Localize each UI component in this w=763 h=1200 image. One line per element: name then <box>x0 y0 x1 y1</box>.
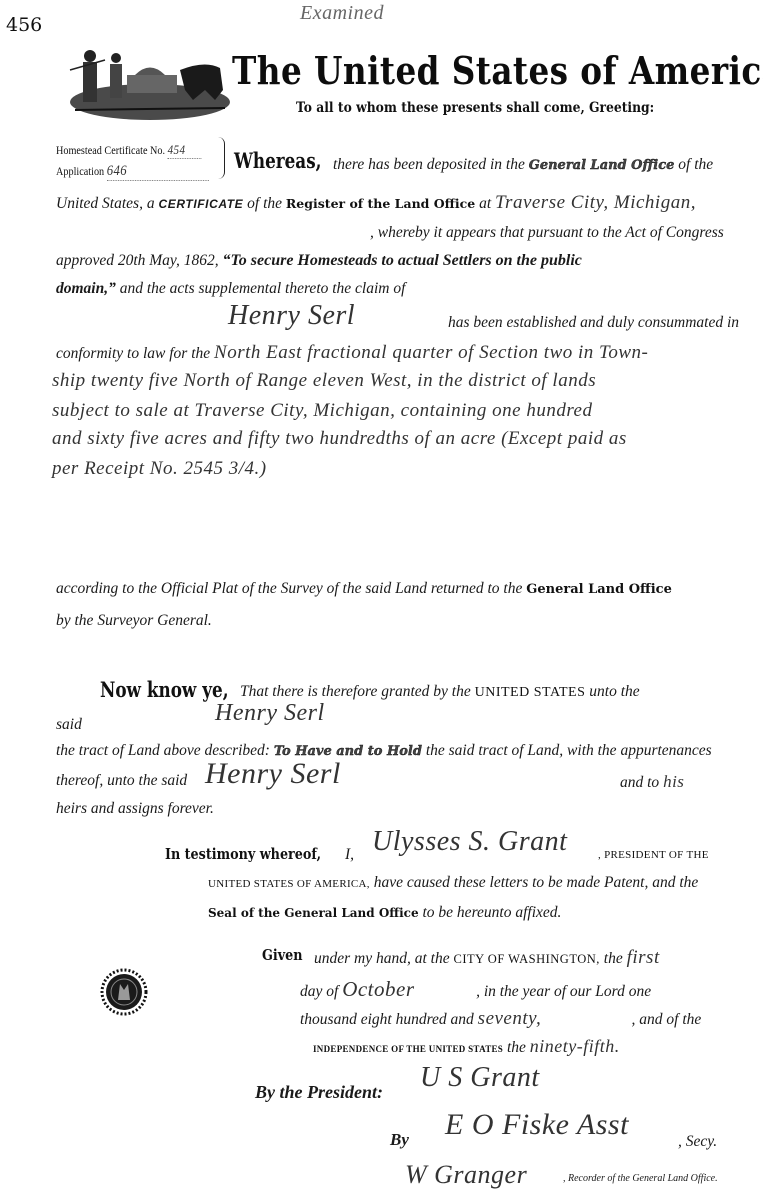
greeting-line: To all to whom these presents shall come… <box>296 100 654 116</box>
text: to be hereunto affixed. <box>423 904 562 921</box>
text: according to the Official Plat of the Su… <box>56 580 522 597</box>
established-text: has been established and duly consummate… <box>448 314 739 332</box>
text: day of <box>300 983 338 1000</box>
testimony-line-2: UNITED STATES OF AMERICA, have caused th… <box>208 874 698 892</box>
grant-line-3: the tract of Land above described: To Ha… <box>56 742 712 760</box>
land-description: North East fractional quarter of Section… <box>214 342 648 363</box>
secretary-signature: E O Fiske Asst <box>445 1108 629 1142</box>
grantee-name: Henry Serl <box>215 700 325 727</box>
grant-line-5: heirs and assigns forever. <box>56 800 214 818</box>
document-title: The United States of America, <box>232 48 763 93</box>
page-number: 456 <box>6 14 42 36</box>
register-land-office: Register of the Land Office <box>286 196 475 211</box>
whereas-line-4: approved 20th May, 1862, “To secure Home… <box>56 252 582 270</box>
survey-line-2: by the Surveyor General. <box>56 612 212 630</box>
land-line-2: ship twenty five North of Range eleven W… <box>52 370 596 392</box>
application-label: Application <box>56 164 104 178</box>
text: under my hand, at the <box>314 950 450 967</box>
general-land-office: General Land Office <box>526 582 672 597</box>
president-signature: Ulysses S. Grant <box>372 826 567 858</box>
text: have caused these letters to be made Pat… <box>374 874 699 891</box>
month-handwritten: October <box>342 977 472 1002</box>
text: of the <box>247 195 282 212</box>
text: the said tract of Land, with the appurte… <box>426 742 712 759</box>
farm-scene-vignette-icon <box>65 30 235 125</box>
certificate-word: CERTIFICATE <box>158 197 243 211</box>
land-line-3: subject to sale at Traverse City, Michig… <box>52 400 593 422</box>
text: conformity to law for the <box>56 345 210 362</box>
city-of-washington: CITY OF WASHINGTON, <box>453 952 599 966</box>
seal-of-glo: Seal of the General Land Office <box>208 906 419 920</box>
act-title: “To secure Homesteads to actual Settlers… <box>222 252 581 269</box>
text: of the <box>678 156 713 173</box>
day-handwritten: first <box>627 947 660 968</box>
brace-divider <box>218 137 225 179</box>
claimant-name: Henry Serl <box>228 300 355 332</box>
grant-line-4-end: and to his <box>620 772 684 792</box>
text: , in the year of our Lord one <box>476 983 651 1000</box>
united-states-of-america: UNITED STATES OF AMERICA, <box>208 878 370 890</box>
text: there has been deposited in the <box>333 156 525 173</box>
text: United States, a <box>56 195 155 212</box>
given-line-3: thousand eight hundred and seventy, , an… <box>300 1008 701 1030</box>
by-the-president-label: By the President: <box>255 1082 383 1103</box>
year-handwritten: seventy, <box>478 1008 628 1030</box>
application-number: 646 <box>107 163 209 181</box>
text: domain,” <box>56 280 116 297</box>
text: approved 20th May, 1862, <box>56 252 219 269</box>
whereas-heading: Whereas, <box>234 148 322 173</box>
land-line-5: per Receipt No. 2545 3/4.) <box>52 458 267 480</box>
independence-label: INDEPENDENCE OF THE UNITED STATES <box>313 1044 503 1054</box>
recorder-signature: W Granger <box>405 1160 527 1190</box>
given-line-2: day of October , in the year of our Lord… <box>300 977 651 1002</box>
independence-year-handwritten: ninety-fifth. <box>530 1036 620 1056</box>
text: the <box>507 1039 526 1056</box>
land-line-1: conformity to law for the North East fra… <box>56 342 648 364</box>
homestead-cert-label: Homestead Certificate No. <box>56 143 165 157</box>
by-label: By <box>390 1130 409 1150</box>
text: unto the <box>589 683 639 700</box>
homestead-cert-field: Homestead Certificate No. 454 <box>56 142 202 159</box>
secretary-suffix: , Secy. <box>678 1133 717 1151</box>
testimony-heading: In testimony whereof, <box>165 845 321 863</box>
text: That there is therefore granted by the <box>240 683 471 700</box>
pronoun: his <box>663 772 684 791</box>
given-line-1: under my hand, at the CITY OF WASHINGTON… <box>314 947 660 969</box>
recorder-suffix: , Recorder of the General Land Office. <box>563 1173 718 1184</box>
grant-line-1: That there is therefore granted by the U… <box>240 683 640 701</box>
whereas-line-1: there has been deposited in the General … <box>333 156 713 174</box>
whereas-line-5: domain,” and the acts supplemental there… <box>56 280 405 298</box>
homestead-cert-number: 454 <box>168 142 202 159</box>
text: the <box>604 950 623 967</box>
whereas-line-3: , whereby it appears that pursuant to th… <box>370 224 724 242</box>
president-signature-2: U S Grant <box>420 1062 540 1094</box>
whereas-line-2: United States, a CERTIFICATE of the Regi… <box>56 192 696 214</box>
text: and to <box>620 774 659 791</box>
text: and the acts supplemental thereto the cl… <box>120 280 406 297</box>
now-know-ye-heading: Now know ye, <box>100 677 229 702</box>
text: , and of the <box>632 1011 702 1028</box>
application-field: Application 646 <box>56 163 209 181</box>
land-line-4: and sixty five acres and fifty two hundr… <box>52 428 627 450</box>
given-heading: Given <box>262 946 303 964</box>
president-of-the: , PRESIDENT OF THE <box>598 849 709 861</box>
united-states: UNITED STATES <box>475 685 586 700</box>
general-land-office: General Land Office <box>529 158 675 173</box>
text: thousand eight hundred and <box>300 1011 474 1028</box>
examined-annotation: Examined <box>300 2 384 25</box>
land-office-location: Traverse City, Michigan, <box>495 192 696 213</box>
text: at <box>479 195 491 212</box>
given-line-4: INDEPENDENCE OF THE UNITED STATES the ni… <box>313 1036 620 1057</box>
land-office-seal-icon <box>100 968 148 1016</box>
grant-line-4-label: thereof, unto the said <box>56 772 187 790</box>
survey-line-1: according to the Official Plat of the Su… <box>56 580 672 598</box>
said-label: said <box>56 716 82 734</box>
grantee-name-2: Henry Serl <box>205 757 341 791</box>
i-label: I, <box>345 846 354 864</box>
testimony-line-3: Seal of the General Land Office to be he… <box>208 904 561 922</box>
